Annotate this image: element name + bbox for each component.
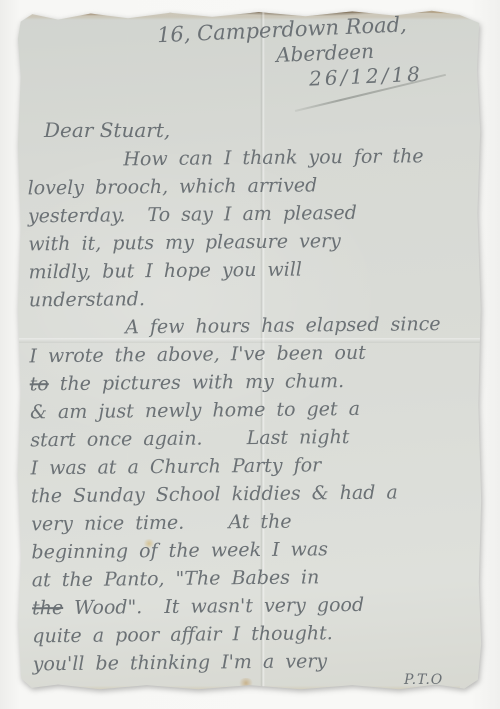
aged-bottom-edge (39, 684, 459, 692)
body-text-segment: I wrote the above, I've been out (29, 342, 366, 368)
salutation: Dear Stuart, (44, 118, 170, 142)
body-text-segment: yesterday. To say I am pleased (28, 202, 357, 227)
body-line: A few hours has elapsed since (29, 310, 479, 343)
body-text-segment: the pictures with my chum. (49, 370, 344, 395)
body-text-segment: How can I thank you for the (123, 145, 423, 170)
paper-shadow-wrap: 16, Camperdown Road, Aberdeen 26/12/18 D… (0, 0, 500, 709)
crossed-out-word: the (32, 597, 63, 619)
body-text-segment: at the Panto, "The Babes in (32, 566, 320, 591)
body-text-segment: I was at a Church Party for (30, 454, 321, 479)
body-text-segment: beginning of the week I was (31, 538, 328, 563)
body-text-segment: A few hours has elapsed since (125, 313, 441, 338)
letter-paper: 16, Camperdown Road, Aberdeen 26/12/18 D… (16, 8, 483, 692)
body-text-segment: quite a poor affair I thought. (32, 622, 333, 647)
paper-stain (238, 678, 254, 688)
body-text-segment: understand. (29, 288, 145, 311)
body-text-segment: lovely brooch, which arrived (28, 174, 318, 199)
body-text-segment: start once again. Last night (30, 426, 349, 451)
body-text-segment: you'll be thinking I'm a very (33, 650, 328, 675)
pto-note: P.T.O (404, 672, 443, 688)
letter-photo: 16, Camperdown Road, Aberdeen 26/12/18 D… (0, 0, 500, 709)
body-text-segment: & am just newly home to get a (30, 398, 360, 423)
letter-body: How can I thank you for thelovely brooch… (27, 142, 483, 679)
body-text-segment: Wood". It wasn't very good (63, 594, 364, 619)
body-text-segment: the Sunday School kiddies & had a (31, 482, 398, 508)
body-text-segment: mildly, but I hope you will (28, 259, 302, 284)
address-block: 16, Camperdown Road, Aberdeen 26/12/18 (157, 9, 490, 97)
body-text-segment: very nice time. At the (31, 511, 292, 536)
body-line: How can I thank you for the (27, 142, 477, 175)
body-text-segment: with it, puts my pleasure very (28, 230, 341, 255)
crossed-out-word: to (30, 373, 49, 395)
